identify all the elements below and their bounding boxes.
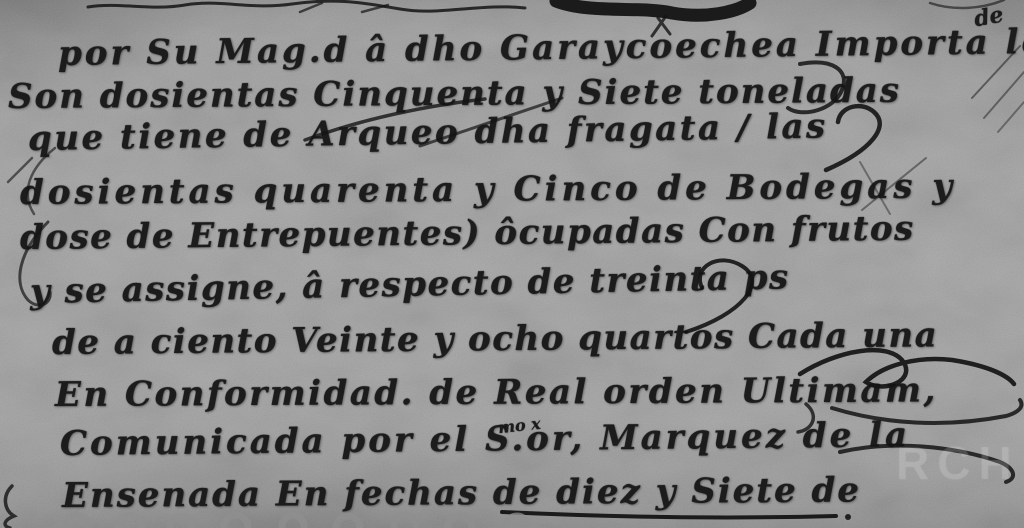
ink-flourishes xyxy=(0,0,1024,528)
watermark-text: RCH xyxy=(896,436,1020,490)
manuscript-page: por Su Mag.d â dho Garaycoechea Importa … xyxy=(0,0,1024,528)
